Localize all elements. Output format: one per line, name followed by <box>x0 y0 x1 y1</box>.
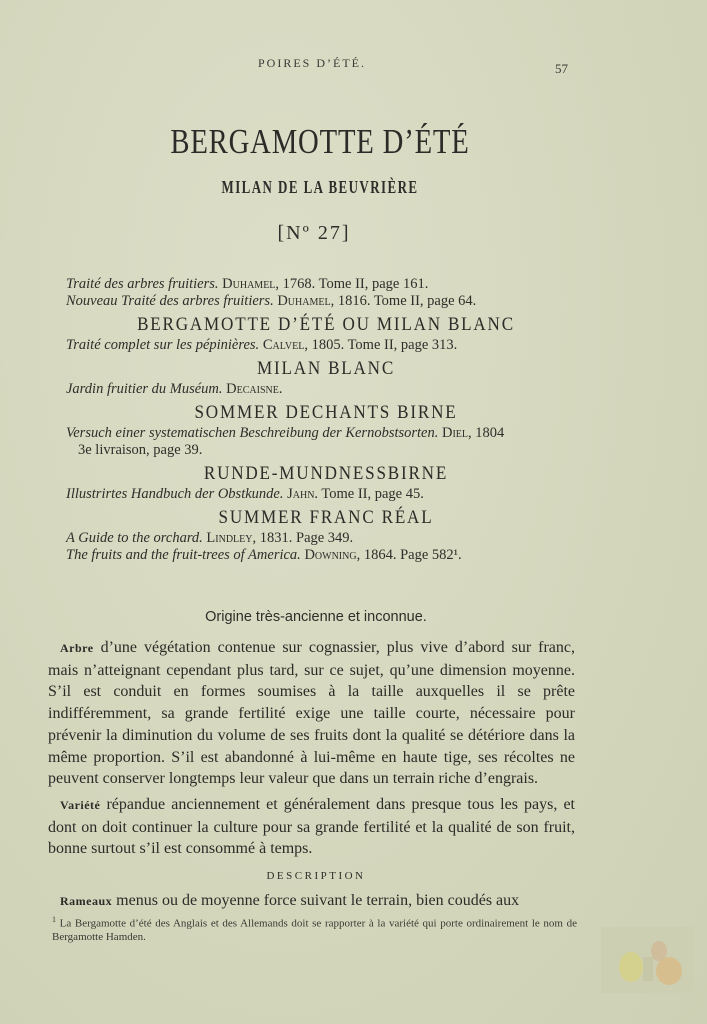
description-lead: Rameaux <box>60 894 112 908</box>
paragraph-lead: Variété <box>60 798 100 812</box>
reference-details: , 1805. Tome II, page 313. <box>304 337 457 353</box>
reference-author: Decaisne <box>226 381 279 397</box>
reference-author: Duhamel <box>277 293 330 309</box>
reference-line: A Guide to the orchard. Lindley, 1831. P… <box>66 530 586 547</box>
reference-work: The fruits and the fruit-trees of Americ… <box>66 547 301 563</box>
body-text: Arbre d’une végétation contenue sur cogn… <box>48 637 575 860</box>
running-head: POIRES D’ÉTÉ. <box>258 56 366 71</box>
reference-details: , 1768. Tome II, page 161. <box>275 276 428 292</box>
reference-author: Lindley <box>206 530 252 546</box>
synonym-heading: BERGAMOTTE D’ÉTÉ OU MILAN BLANC <box>92 312 560 337</box>
page-number: 57 <box>555 61 568 77</box>
page-title: BERGAMOTTE D’ÉTÉ <box>58 122 583 162</box>
reference-work: Traité des arbres fruitiers. <box>66 276 219 292</box>
paragraph-text: répandue anciennement et généralement da… <box>48 796 575 857</box>
reference-line: Nouveau Traité des arbres fruitiers. Duh… <box>66 293 586 310</box>
reference-line: Traité complet sur les pépinières. Calve… <box>66 337 586 354</box>
paragraph-variete: Variété répandue anciennement et général… <box>48 794 575 860</box>
origin-statement: Origine très-ancienne et inconnue. <box>0 609 632 625</box>
synonym-heading: MILAN BLANC <box>92 356 560 381</box>
reference-author: Downing <box>304 547 356 563</box>
synonym-heading: SOMMER DECHANTS BIRNE <box>92 400 560 425</box>
reference-author: Diel <box>442 425 468 441</box>
paragraph-arbre: Arbre d’une végétation contenue sur cogn… <box>48 637 575 790</box>
reference-work: A Guide to the orchard. <box>66 530 203 546</box>
reference-details: , 1804 <box>468 425 504 441</box>
description-text: Rameaux menus ou de moyenne force suivan… <box>60 890 575 912</box>
reference-author: Jahn <box>287 486 314 502</box>
reference-author: Duhamel <box>222 276 275 292</box>
synonyms-section: Traité des arbres fruitiers. Duhamel, 17… <box>66 276 586 564</box>
reference-author: Calvel <box>263 337 305 353</box>
reference-line-continued: 3e livraison, page 39. <box>66 442 586 459</box>
reference-work: Jardin fruitier du Muséum. <box>66 381 223 397</box>
paragraph-text: d’une végétation contenue sur cognassier… <box>48 639 575 787</box>
synonym-heading: SUMMER FRANC RÉAL <box>92 505 560 530</box>
reference-line: The fruits and the fruit-trees of Americ… <box>66 547 586 564</box>
reference-details: , 1864. Page 582¹. <box>357 547 462 563</box>
reference-line: Versuch einer systematischen Beschreibun… <box>66 425 586 442</box>
reference-details: . Tome II, page 45. <box>314 486 423 502</box>
reference-work: Nouveau Traité des arbres fruitiers. <box>66 293 274 309</box>
reference-details: 3e livraison, page 39. <box>78 442 202 458</box>
variety-number: [Nº 27] <box>0 222 628 245</box>
footnote: 1 La Bergamotte d’été des Anglais et des… <box>52 913 577 944</box>
synonym-heading: RUNDE-MUNDNESSBIRNE <box>92 461 560 486</box>
reference-details: , 1831. Page 349. <box>253 530 354 546</box>
description-body: menus ou de moyenne force suivant le ter… <box>112 892 519 909</box>
footnote-text: La Bergamotte d’été des Anglais et des A… <box>52 918 577 943</box>
reference-details: , 1816. Tome II, page 64. <box>331 293 477 309</box>
book-page: POIRES D’ÉTÉ. 57 BERGAMOTTE D’ÉTÉ MILAN … <box>0 0 707 1024</box>
reference-line: Illustrirtes Handbuch der Obstkunde. Jah… <box>66 486 586 503</box>
reference-work: Versuch einer systematischen Beschreibun… <box>66 425 438 441</box>
reference-work: Illustrirtes Handbuch der Obstkunde. <box>66 486 283 502</box>
pears-logo-icon <box>601 927 693 993</box>
paragraph-lead: Arbre <box>60 641 94 655</box>
reference-details: . <box>279 381 283 397</box>
reference-line: Jardin fruitier du Muséum. Decaisne. <box>66 381 586 398</box>
reference-work: Traité complet sur les pépinières. <box>66 337 259 353</box>
description-heading: DESCRIPTION <box>0 870 632 882</box>
reference-line: Traité des arbres fruitiers. Duhamel, 17… <box>66 276 586 293</box>
page-subtitle: MILAN DE LA BEUVRIÈRE <box>90 177 551 198</box>
